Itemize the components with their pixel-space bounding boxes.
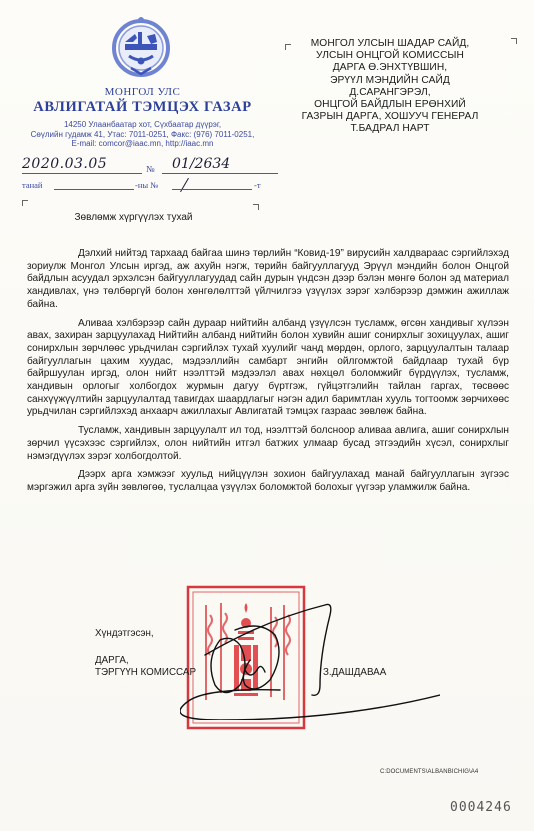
signer-title-line2: ТЭРГҮҮН КОМИССАР	[95, 667, 196, 678]
your-reference-row: танай -ны № -т	[22, 180, 267, 194]
letter-page: МОНГОЛ УЛС АВЛИГАТАЙ ТЭМЦЭХ ГАЗАР 14250 …	[0, 0, 534, 831]
letterhead-country: МОНГОЛ УЛС	[0, 86, 285, 98]
address-line: E-mail: comcor@iaac.mn, http://iaac.mn	[0, 139, 285, 149]
signer-name: З.ДАШДАВАА	[323, 667, 386, 678]
address-line: Сөүлийн гудамж 41, Утас: 7011-0251, Факс…	[0, 130, 285, 140]
addressee-line: ЭРҮҮЛ МЭНДИЙН САЙД	[290, 75, 490, 87]
serial-number: 0004246	[450, 800, 512, 815]
letterhead-agency: АВЛИГАТАЙ ТЭМЦЭХ ГАЗАР	[0, 99, 285, 116]
addressee-line: Д.САРАНГЭРЭЛ,	[290, 87, 490, 99]
addressee-line: МОНГОЛ УЛСЫН ШАДАР САЙД,	[290, 38, 490, 50]
your-number-label: -ны №	[135, 180, 158, 190]
addressee-line: Т.БАДРАЛ НАРТ	[290, 123, 490, 135]
letter-body: Дэлхий нийтэд тархаад байгаа шинэ төрлий…	[27, 248, 509, 501]
corner-mark-icon	[22, 200, 28, 206]
handwritten-date: 2020.03.05	[22, 156, 107, 172]
t-suffix: -т	[254, 180, 261, 190]
state-emblem-icon	[107, 12, 175, 80]
date-underline	[22, 173, 142, 174]
addressee-block: МОНГОЛ УЛСЫН ШАДАР САЙД, УЛСЫН ОНЦГОЙ КО…	[290, 38, 490, 136]
your-number-underline	[172, 189, 252, 190]
body-paragraph: Тусламж, хандивын зарцуулалт ил тод, нээ…	[27, 425, 509, 463]
your-label: танай	[22, 180, 42, 190]
subject-line: Зөвлөмж хүргүүлэх тухай	[0, 212, 267, 223]
body-paragraph: Дээрх арга хэмжээг хуульд нийцүүлэн зохи…	[27, 469, 509, 494]
addressee-line: ОНЦГОЙ БАЙДЛЫН ЕРӨНХИЙ	[290, 99, 490, 111]
date-number-row: 2020.03.05 № 01/2634	[22, 158, 262, 176]
footer-file-path: C:DOCUMENTS\ALBANBICHIG\A4	[380, 769, 478, 775]
addressee-line: ГАЗРЫН ДАРГА, ХОШУУЧ ГЕНЕРАЛ	[290, 111, 490, 123]
address-line: 14250 Улаанбаатар хот, Сүхбаатар дүүрэг,	[0, 120, 285, 130]
corner-mark-icon	[253, 204, 259, 210]
your-date-underline	[54, 189, 134, 190]
letterhead-address: 14250 Улаанбаатар хот, Сүхбаатар дүүрэг,…	[0, 120, 285, 149]
handwritten-signature-icon	[180, 600, 440, 720]
addressee-line: УЛСЫН ОНЦГОЙ КОМИССЫН	[290, 50, 490, 62]
number-underline	[162, 173, 278, 174]
body-paragraph: Аливаа хэлбэрээр сайн дураар нийтийн алб…	[27, 318, 509, 420]
closing-salutation: Хүндэтгэсэн,	[95, 628, 154, 639]
pen-slash-mark	[180, 178, 189, 192]
corner-mark-icon	[511, 38, 517, 44]
number-label: №	[146, 164, 155, 174]
addressee-line: ДАРГА Ө.ЭНХТҮВШИН,	[290, 62, 490, 74]
signer-title-line1: ДАРГА,	[95, 655, 129, 666]
handwritten-number: 01/2634	[172, 156, 230, 172]
body-paragraph: Дэлхий нийтэд тархаад байгаа шинэ төрлий…	[27, 248, 509, 312]
